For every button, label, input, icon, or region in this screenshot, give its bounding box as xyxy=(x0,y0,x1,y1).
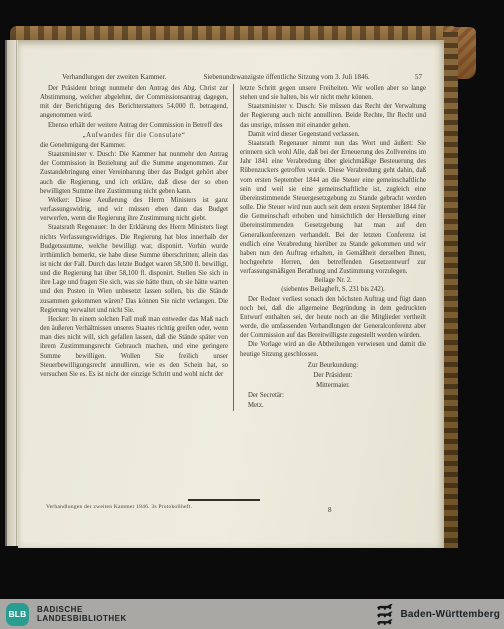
paragraph: Damit wird dieser Gegenstand verlassen. xyxy=(240,130,426,139)
state-branding: Baden-Württemberg xyxy=(375,603,500,625)
paragraph: Hecker: In einem solchen Fall muß man en… xyxy=(40,315,228,379)
header-session-title: Siebenundzwanzigste öffentliche Sitzung … xyxy=(166,73,407,81)
scanned-page: Verhandlungen der zweiten Kammer. Sieben… xyxy=(18,40,444,548)
baden-wuerttemberg-coat-of-arms-icon xyxy=(375,603,395,625)
paragraph: Ebenso erhält der weitere Antrag der Com… xyxy=(40,121,228,130)
president-label: Der Präsident: xyxy=(240,371,426,381)
beilage-reference: (siebentes Beilagheft, S. 231 bis 242). xyxy=(240,285,426,294)
footer-rule xyxy=(188,499,260,501)
paragraph: Staatsminister v. Dusch: Sie müssen das … xyxy=(240,102,426,129)
paragraph: letzte Schritt gegen unsere Freiheiten. … xyxy=(240,84,426,102)
paragraph: Die Vorlage wird an die Abtheilungen ver… xyxy=(240,340,426,358)
beilage-heading: Beilage Nr. 2. xyxy=(240,276,426,285)
president-name: Mittermaier. xyxy=(240,381,426,391)
footer-imprint: Verhandlungen der zweiten Kammer 1846. 3… xyxy=(46,504,192,510)
paragraph: Staatsrath Regenauer nimmt nun das Wort … xyxy=(240,139,426,276)
paragraph: Staatsminister v. Dusch: Die Kammer hat … xyxy=(40,150,228,196)
library-footer-bar: BLB BADISCHE LANDESBIBLIOTHEK Baden-Würt… xyxy=(0,599,504,629)
header-series-title: Verhandlungen der zweiten Kammer. xyxy=(62,73,166,81)
sheet-number: 8 xyxy=(328,506,332,514)
attestation-line: Zur Beurkundung: xyxy=(240,361,426,371)
paragraph: die Genehmigung der Kammer. xyxy=(40,141,228,150)
state-name: Baden-Württemberg xyxy=(400,609,500,620)
left-column: Der Präsident bringt nunmehr den Antrag … xyxy=(38,84,233,411)
quoted-heading: „Aufwandes für die Consulate“ xyxy=(40,131,228,140)
blb-logo-text: BLB xyxy=(8,609,26,619)
page-header: Verhandlungen der zweiten Kammer. Sieben… xyxy=(62,73,422,81)
signature-block: Zur Beurkundung: Der Präsident: Mitterma… xyxy=(240,361,426,411)
secretary-label: Der Secretär: xyxy=(240,391,426,401)
library-name-line1: BADISCHE xyxy=(37,605,127,615)
text-columns: Der Präsident bringt nunmehr den Antrag … xyxy=(38,84,428,411)
paragraph: Der Redner verliest sonach den höchsten … xyxy=(240,295,426,341)
paragraph: Staatsrath Regenauer: In der Erklärung d… xyxy=(40,223,228,315)
right-column: letzte Schritt gegen unsere Freiheiten. … xyxy=(233,84,428,411)
library-name-line2: LANDESBIBLIOTHEK xyxy=(37,614,127,624)
book-scan-photo: Verhandlungen der zweiten Kammer. Sieben… xyxy=(0,0,504,629)
header-page-number: 57 xyxy=(407,73,422,81)
paragraph: Der Präsident bringt nunmehr den Antrag … xyxy=(40,84,228,121)
library-name: BADISCHE LANDESBIBLIOTHEK xyxy=(37,605,127,624)
paragraph: Welker: Diese Aeußerung des Herrn Minist… xyxy=(40,196,228,223)
secretary-name: Metz. xyxy=(240,401,426,411)
blb-logo: BLB xyxy=(6,603,29,626)
book-fore-edge xyxy=(443,32,458,548)
